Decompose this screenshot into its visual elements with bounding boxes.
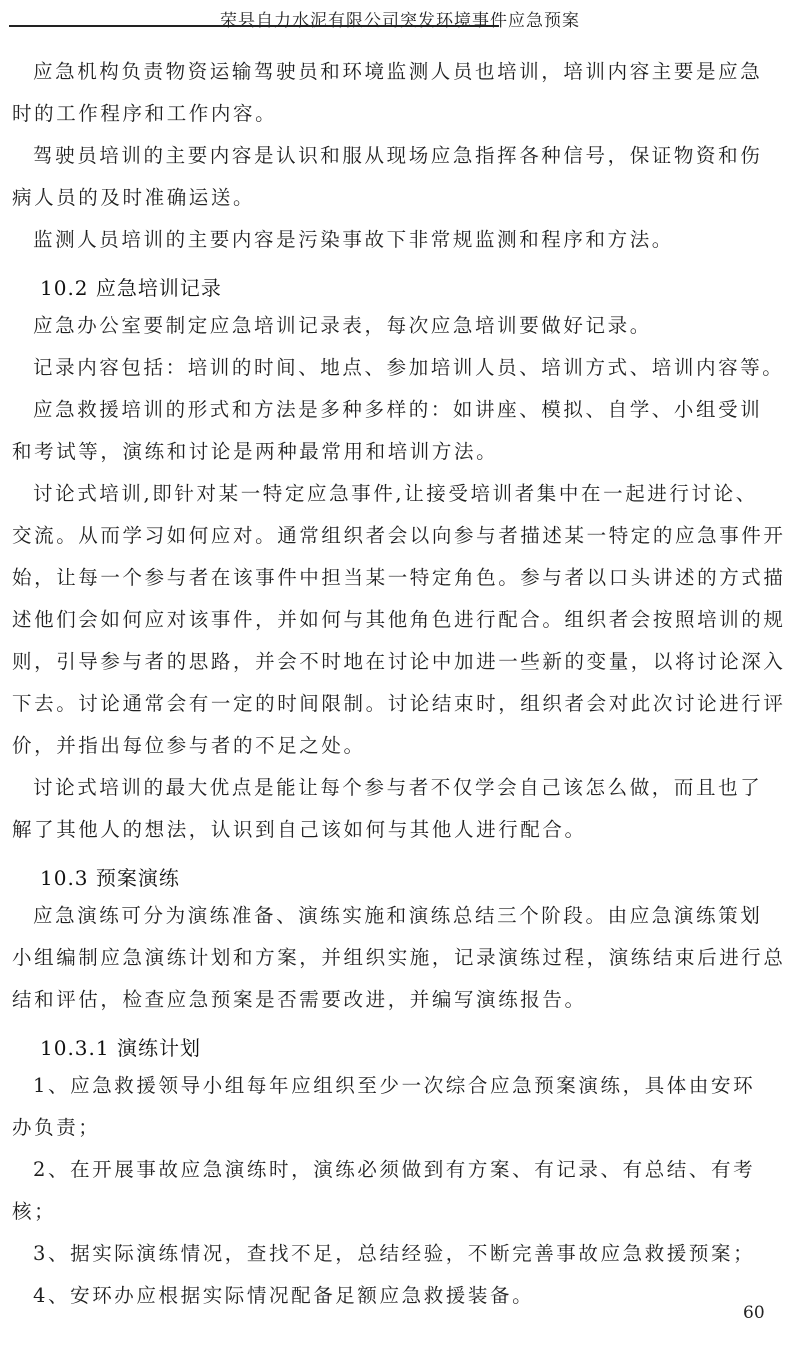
paragraph-line: 驾驶员培训的主要内容是认识和服从现场应急指挥各种信号，保证物资和伤 [33,140,762,168]
paragraph-line: 交流。从而学习如何应对。通常组织者会以向参与者描述某一特定的应急事件开 [12,520,786,548]
paragraph-line: 则，引导参与者的思路，并会不时地在讨论中加进一些新的变量，以将讨论深入 [12,646,786,674]
document-header-title: 荣县自力水泥有限公司突发环境事件应急预案 [0,6,800,31]
paragraph-line: 1、应急救援领导小组每年应组织至少一次综合应急预案演练，具体由安环 [33,1070,755,1098]
paragraph-line: 核； [12,1196,56,1224]
paragraph-line: 解了其他人的想法，认识到自己该如何与其他人进行配合。 [12,814,587,842]
page-number: 60 [743,1303,765,1323]
paragraph-line: 下去。讨论通常会有一定的时间限制。讨论结束时，组织者会对此次讨论进行评 [12,688,786,716]
paragraph-line: 时的工作程序和工作内容。 [12,98,277,126]
section-heading: 10.2 应急培训记录 [40,272,222,301]
paragraph-line: 4、安环办应根据实际情况配备足额应急救援装备。 [33,1280,534,1308]
paragraph-line: 小组编制应急演练计划和方案，并组织实施，记录演练过程，演练结束后进行总 [12,942,786,970]
paragraph-line: 记录内容包括：培训的时间、地点、参加培训人员、培训方式、培训内容等。 [33,352,784,380]
paragraph-line: 应急演练可分为演练准备、演练实施和演练总结三个阶段。由应急演练策划 [33,900,762,928]
paragraph-line: 始，让每一个参与者在该事件中担当某一特定角色。参与者以口头讲述的方式描 [12,562,786,590]
paragraph-line: 病人员的及时准确运送。 [12,182,255,210]
paragraph-line: 办负责； [12,1112,100,1140]
section-heading: 10.3.1 演练计划 [40,1032,201,1061]
paragraph-line: 监测人员培训的主要内容是污染事故下非常规监测和程序和方法。 [33,224,674,252]
paragraph-line: 应急救援培训的形式和方法是多种多样的：如讲座、模拟、自学、小组受训 [33,394,762,422]
paragraph-line: 结和评估，检查应急预案是否需要改进，并编写演练报告。 [12,984,587,1012]
paragraph-line: 讨论式培训,即针对某一特定应急事件,让接受培训者集中在一起进行讨论、 [33,478,758,506]
paragraph-line: 应急办公室要制定应急培训记录表，每次应急培训要做好记录。 [33,310,652,338]
paragraph-line: 应急机构负责物资运输驾驶员和环境监测人员也培训，培训内容主要是应急 [33,56,762,84]
header-divider [9,25,499,27]
paragraph-line: 和考试等，演练和讨论是两种最常用和培训方法。 [12,436,498,464]
section-heading: 10.3 预案演练 [40,862,180,891]
paragraph-line: 述他们会如何应对该事件，并如何与其他角色进行配合。组织者会按照培训的规 [12,604,786,632]
paragraph-line: 价，并指出每位参与者的不足之处。 [12,730,366,758]
paragraph-line: 2、在开展事故应急演练时，演练必须做到有方案、有记录、有总结、有考 [33,1154,755,1182]
paragraph-line: 3、据实际演练情况，查找不足，总结经验，不断完善事故应急救援预案； [33,1238,755,1266]
paragraph-line: 讨论式培训的最大优点是能让每个参与者不仅学会自己该怎么做，而且也了 [33,772,762,800]
